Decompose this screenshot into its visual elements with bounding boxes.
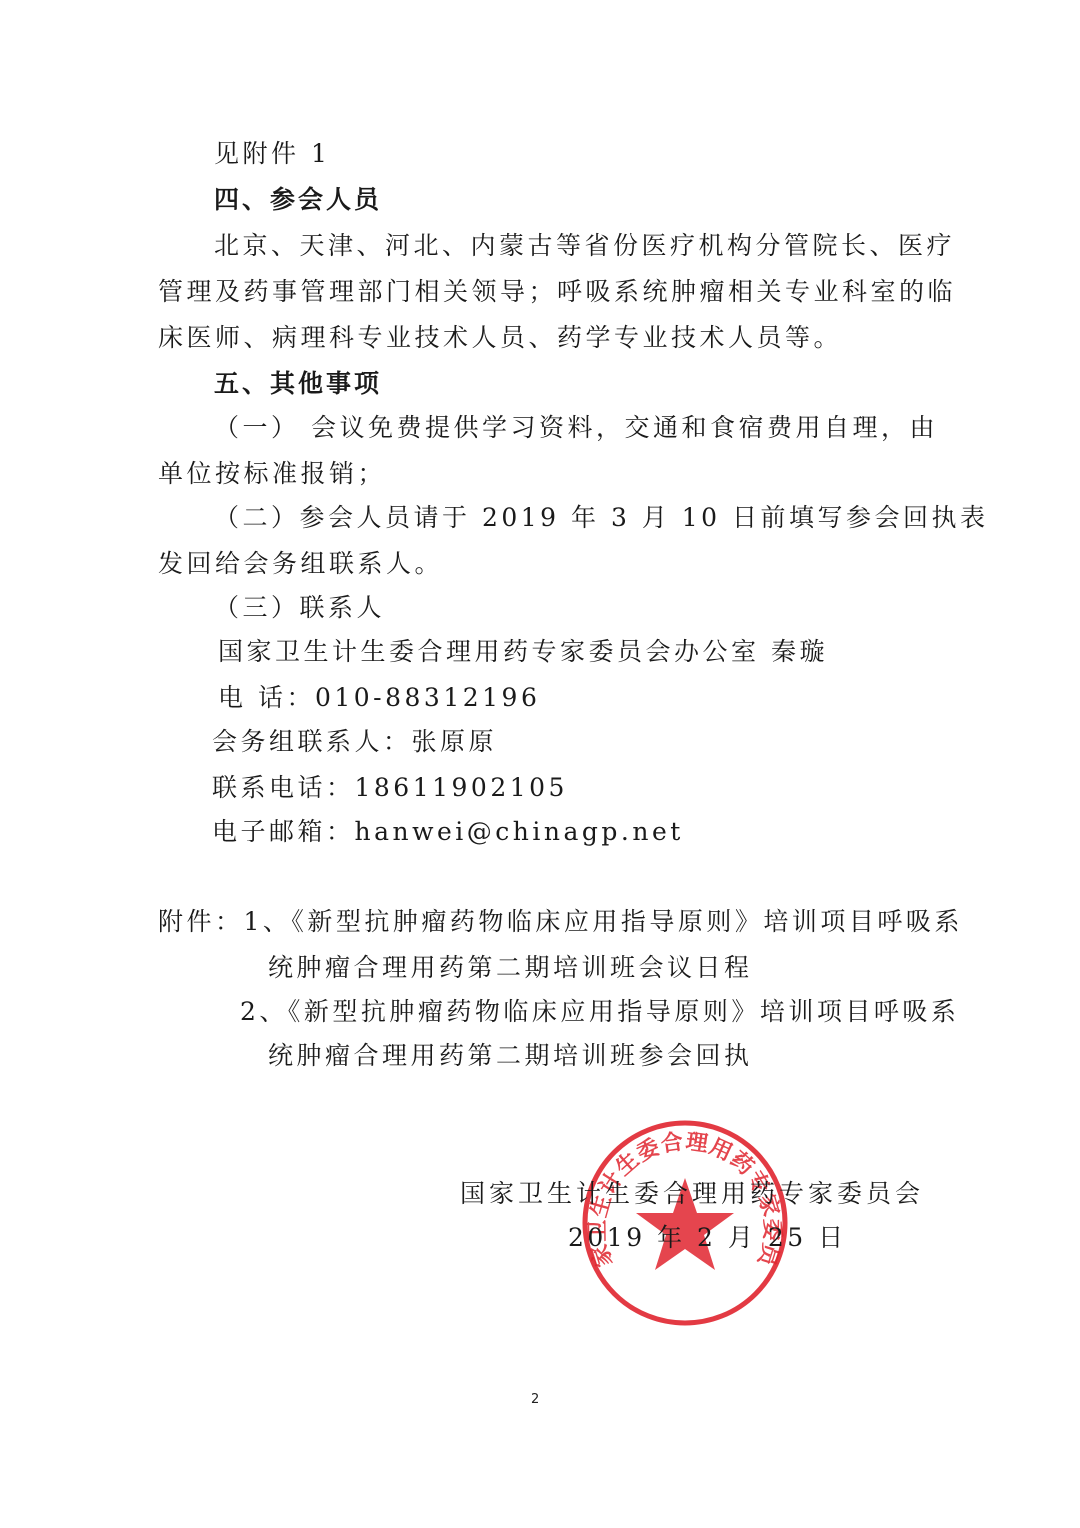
page-number: 2 — [531, 1392, 539, 1407]
signature-date: 2019 年 2 月 25 日 — [568, 1222, 847, 1254]
contact-email: 电子邮箱：hanwei@chinagp.net — [212, 816, 684, 848]
subsection-contact: （三）联系人 — [214, 592, 385, 624]
paragraph-line: （一） 会议免费提供学习资料，交通和食宿费用自理，由 — [214, 412, 938, 444]
conference-contact: 会务组联系人：张原原 — [212, 726, 497, 758]
paragraph-line: 单位按标准报销； — [158, 458, 386, 490]
contact-office: 国家卫生计生委合理用药专家委员会办公室 秦璇 — [218, 636, 828, 668]
signature-organization: 国家卫生计生委合理用药专家委员会 — [460, 1178, 924, 1210]
section-heading-attendees: 四、参会人员 — [214, 184, 382, 216]
paragraph-line: （二）参会人员请于 2019 年 3 月 10 日前填写参会回执表 — [214, 502, 989, 534]
see-attachment-text: 见附件 1 — [214, 138, 330, 170]
paragraph-line: 发回给会务组联系人。 — [158, 548, 443, 580]
attachment-2-line: 统肿瘤合理用药第二期培训班参会回执 — [268, 1040, 753, 1072]
paragraph-line: 床医师、病理科专业技术人员、药学专业技术人员等。 — [158, 322, 842, 354]
paragraph-line: 北京、天津、河北、内蒙古等省份医疗机构分管院长、医疗 — [214, 230, 955, 262]
contact-phone: 电 话：010-88312196 — [218, 682, 540, 714]
conference-phone: 联系电话：18611902105 — [212, 772, 568, 804]
attachment-1-line: 附件：1、《新型抗肿瘤药物临床应用指导原则》培训项目呼吸系 — [158, 906, 963, 938]
paragraph-line: 管理及药事管理部门相关领导；呼吸系统肿瘤相关专业科室的临 — [158, 276, 956, 308]
section-heading-other: 五、其他事项 — [214, 368, 382, 400]
attachment-1-line: 统肿瘤合理用药第二期培训班会议日程 — [268, 952, 753, 984]
attachment-2-line: 2、《新型抗肿瘤药物临床应用指导原则》培训项目呼吸系 — [240, 996, 959, 1028]
